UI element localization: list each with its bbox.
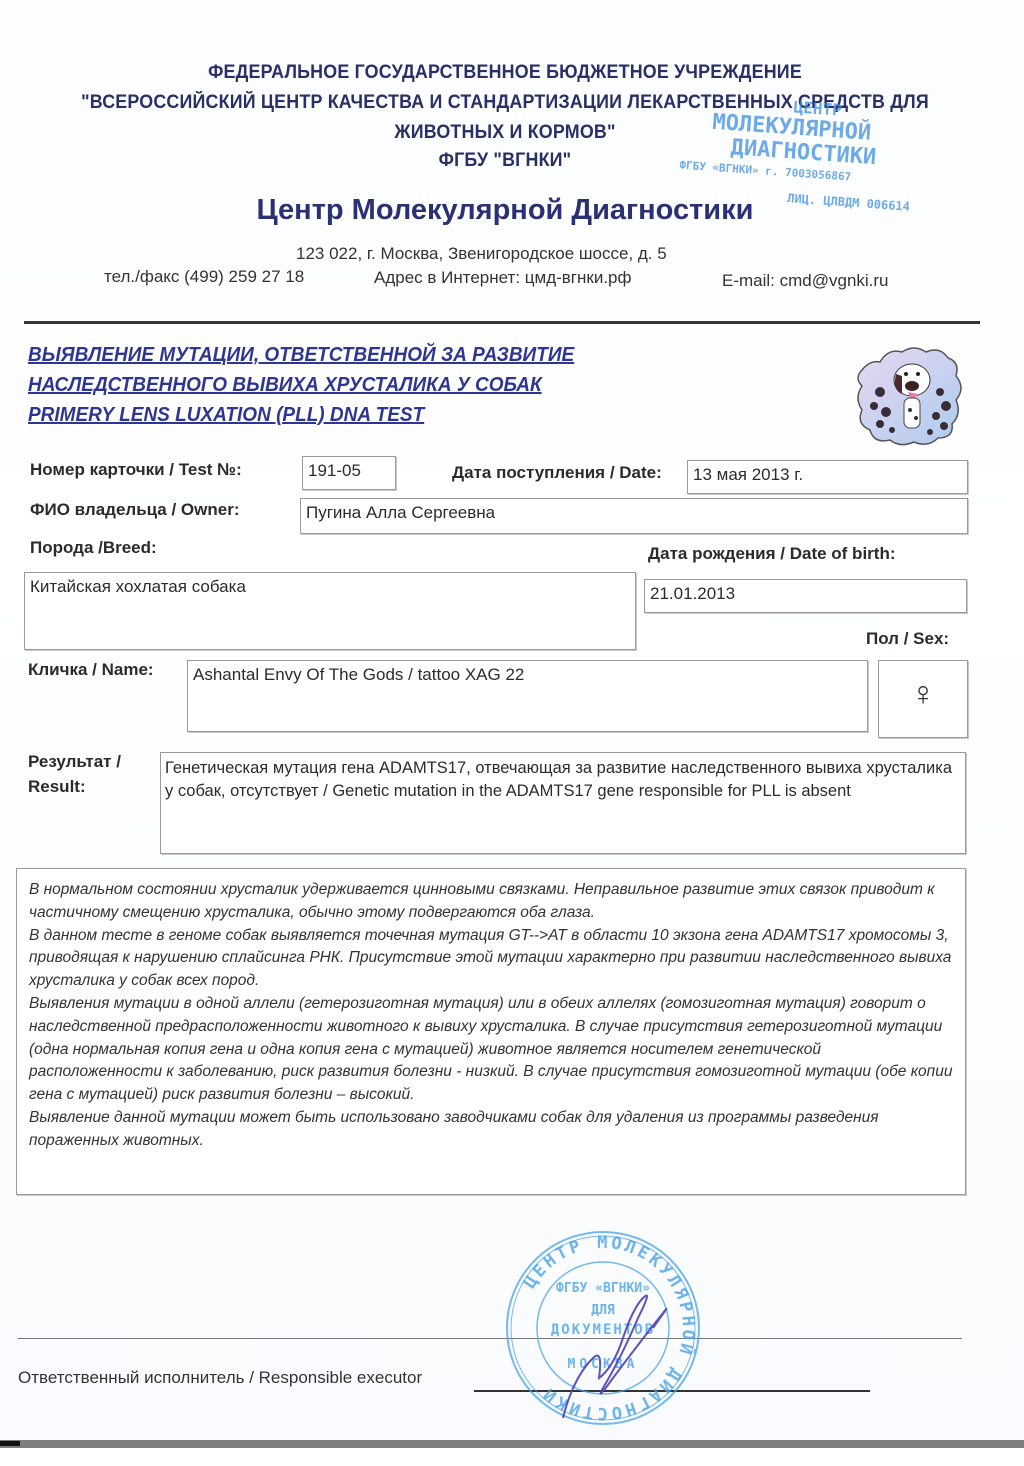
round-stamp-icon: ЦЕНТР МОЛЕКУЛЯРНОЙ ДИАГНОСТИКИ ФГБУ «ВГН… — [503, 1228, 703, 1428]
executor-label: Ответственный исполнитель / Responsible … — [18, 1368, 422, 1388]
date-field: 13 мая 2013 г. — [687, 460, 968, 494]
date-label: Дата поступления / Date: — [452, 463, 662, 483]
stamp-top-icon: ЦЕНТР МОЛЕКУЛЯРНОЙ ДИАГНОСТИКИ ФГБУ «ВГН… — [680, 96, 950, 226]
result-label-1: Результат / — [28, 752, 121, 772]
phone: тел./факс (499) 259 27 18 — [104, 267, 304, 287]
result-label-2: Result: — [28, 777, 86, 797]
owner-label: ФИО владельца / Owner: — [30, 500, 240, 520]
email: E-mail: cmd@vgnki.ru — [722, 271, 889, 291]
website: Адрес в Интернет: цмд-вгнки.рф — [374, 268, 632, 288]
stamp-inner-line-1: ФГБУ «ВГНКИ» — [556, 1281, 650, 1296]
info-box: В нормальном состоянии хрусталик удержив… — [16, 868, 966, 1195]
stamp-top-line-5: ЛИЦ. ЦЛВДМ 006614 — [787, 191, 911, 214]
owner-field: Пугина Алла Сергеевна — [300, 498, 968, 534]
org-line-1: ФЕДЕРАЛЬНОЕ ГОСУДАРСТВЕННОЕ БЮДЖЕТНОЕ УЧ… — [30, 62, 979, 84]
dalmatian-dog-logo-icon — [850, 340, 970, 450]
dob-field: 21.01.2013 — [644, 579, 967, 613]
document-page: ФЕДЕРАЛЬНОЕ ГОСУДАРСТВЕННОЕ БЮДЖЕТНОЕ УЧ… — [0, 0, 1024, 1440]
test-title: ВЫЯВЛЕНИЕ МУТАЦИИ, ОТВЕТСТВЕННОЙ ЗА РАЗВ… — [28, 340, 574, 430]
info-paragraph-1: В нормальном состоянии хрусталик удержив… — [29, 879, 953, 925]
dob-label: Дата рождения / Date of birth: — [648, 544, 896, 564]
sex-label: Пол / Sex: — [866, 629, 949, 649]
test-title-line-1: ВЫЯВЛЕНИЕ МУТАЦИИ, ОТВЕТСТВЕННОЙ ЗА РАЗВ… — [28, 340, 574, 370]
info-paragraph-4: Выявление данной мутации может быть испо… — [29, 1107, 953, 1153]
breed-label: Порода /Breed: — [30, 538, 157, 558]
breed-field: Китайская хохлатая собака — [24, 572, 636, 650]
test-title-line-2: НАСЛЕДСТВЕННОГО ВЫВИХА ХРУСТАЛИКА У СОБА… — [28, 370, 574, 400]
header-divider — [24, 321, 980, 324]
test-no-label: Номер карточки / Test №: — [30, 460, 242, 480]
info-paragraph-3: Выявления мутации в одной аллели (гетеро… — [29, 993, 953, 1107]
result-field: Генетическая мутация гена ADAMTS17, отве… — [160, 752, 966, 854]
test-title-line-3: PRIMERY LENS LUXATION (PLL) DNA TEST — [28, 400, 574, 430]
footer-divider — [18, 1338, 962, 1339]
scan-bottom-bar — [0, 1440, 1024, 1448]
stamp-inner-line-3: ДОКУМЕНТОВ — [551, 1322, 655, 1338]
name-label: Кличка / Name: — [28, 660, 154, 680]
test-no-field: 191-05 — [302, 456, 396, 490]
info-paragraph-2: В данном тесте в геноме собак выявляется… — [29, 925, 953, 993]
address: 123 022, г. Москва, Звенигородское шоссе… — [296, 244, 667, 264]
name-field: Ashantal Envy Of The Gods / tattoo XAG 2… — [187, 660, 868, 732]
female-sex-icon: ♀ — [878, 660, 968, 738]
stamp-inner-line-2: ДЛЯ — [591, 1303, 615, 1318]
